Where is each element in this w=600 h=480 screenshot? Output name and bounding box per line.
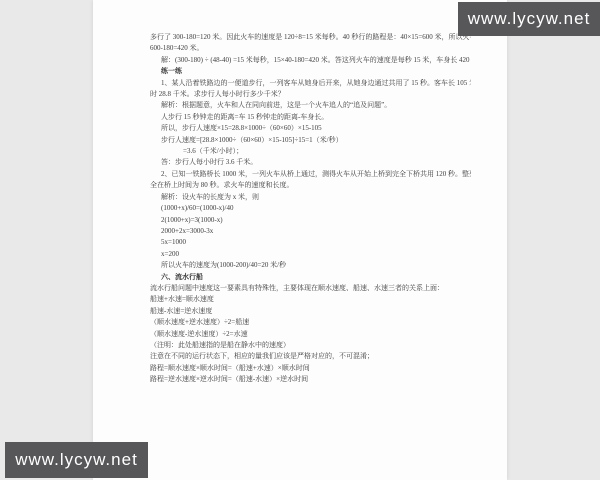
section-6-intro: 流水行船问题中速度这一要素具有特殊性，主要体现在顺水速度、船速、水速三者的关系上… [150,283,471,294]
question-1-step: 步行人速度=[28.8×1000÷（60×60）×15-105]÷15=1（米/… [150,135,471,146]
question-1-step: =3.6（千米/小时）； [150,146,471,157]
practice-heading: 练一练 [150,66,471,77]
section-6-formula: （顺水速度-逆水速度）÷2=水速 [150,329,471,340]
question-1-step: 所以，步行人速度×15=28.8×1000÷（60×60）×15-105 [150,123,471,134]
section-6-formula: 船速-水速=逆水速度 [150,306,471,317]
prev-solution-line: 多行了 300-180=120 米。因此火车的速度是 120÷8=15 米每秒。… [150,32,471,43]
section-6-formula: 船速+水速=顺水速度 [150,294,471,305]
watermark-url: www.lycyw.net [15,450,138,470]
section-6-caution: 注意在不同的运行状态下，相应的量我们应该是严格对应的，不可混淆； [150,351,471,362]
prev-solution-line: 600-180=420 米。 [150,43,471,54]
prev-solution-answer: 解：(300-180) ÷ (48-40) =15 米每秒，15×40-180=… [150,55,471,66]
watermark-banner-bottom: www.lycyw.net [5,442,148,478]
question-2-equation: (1000+x)/60=(1000-x)/40 [150,203,471,214]
question-1-line: 1、某人沿着铁路边的一便道步行，一列客车从她身后开来，从她身边通过共用了 15 … [150,78,471,89]
watermark-banner-top: www.lycyw.net [458,2,600,36]
section-6-heading: 六、流水行船 [150,272,471,283]
question-2-equation: x=200 [150,249,471,260]
document-content: 多行了 300-180=120 米。因此火车的速度是 120÷8=15 米每秒。… [93,0,507,386]
question-2-line: 全在桥上时间为 80 秒。求火车的速度和长度。 [150,180,471,191]
section-6-note: （注明：此处船速指的是船在静水中的速度） [150,340,471,351]
watermark-url: www.lycyw.net [468,9,591,29]
section-6-formula: 路程=顺水速度×顺水时间=（船速+水速）×顺水时间 [150,363,471,374]
question-1-answer: 答：步行人每小时行 3.6 千米。 [150,157,471,168]
question-1-step: 人步行 15 秒钟走的距离=车 15 秒钟走的距离-车身长。 [150,112,471,123]
section-6-formula: （顺水速度+逆水速度）÷2=船速 [150,317,471,328]
section-6-formula: 路程=逆水速度×逆水时间=（船速-水速）×逆水时间 [150,374,471,385]
question-2-equation: 2000+2x=3000-3x [150,226,471,237]
question-2-analysis: 解析：设火车的长度为 x 米，则 [150,192,471,203]
document-page: 多行了 300-180=120 米。因此火车的速度是 120÷8=15 米每秒。… [93,0,507,480]
question-2-answer: 所以火车的速度为(1000-200)/40=20 米/秒 [150,260,471,271]
question-2-line: 2、已知一铁路桥长 1000 米，一列火车从桥上通过，测得火车从开始上桥到完全下… [150,169,471,180]
question-2-equation: 2(1000+x)=3(1000-x) [150,215,471,226]
question-2-equation: 5x=1000 [150,237,471,248]
question-1-line: 时 28.8 千米。求步行人每小时行多少千米？ [150,89,471,100]
question-1-analysis: 解析：根据题意，火车和人在同向前进，这是一个火车追人的“追及问题”。 [150,100,471,111]
